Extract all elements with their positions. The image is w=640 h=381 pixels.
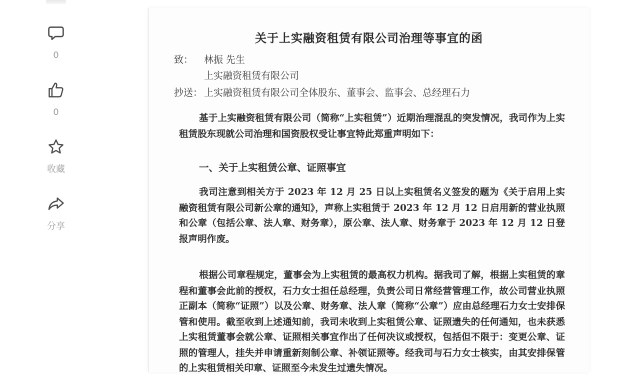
section-paragraph: 我司注意到相关方于 2023 年 12 月 25 日以上实租赁名义签发的题为《关… [179, 185, 565, 247]
comment-count: 0 [53, 51, 59, 61]
star-icon [47, 138, 65, 156]
section-paragraph: 根据公司章程规定，董事会为上实租赁的最高权力机构。据我司了解，根据上实租赁的章程… [179, 268, 565, 377]
document-title: 关于上实融资租赁有限公司治理等事宜的函 [149, 30, 589, 46]
section-paragraph-text: 根据公司章程规定，董事会为上实租赁的最高权力机构。据我司了解，根据上实租赁的章程… [179, 270, 565, 374]
share-button[interactable]: 分享 [47, 195, 65, 232]
comment-icon [47, 24, 65, 42]
document-scan: 关于上实融资租赁有限公司治理等事宜的函 致： 林振 先生 上实融资租赁有限公司 … [148, 8, 589, 372]
thumbs-up-icon [47, 81, 65, 99]
intro-paragraph: 基于上实融资租赁有限公司（简称“上实租赁”）近期治理混乱的突发情况，我司作为上实… [179, 111, 565, 142]
cut-off-action-label [46, 0, 66, 4]
recipient-name: 林振 先生 [204, 55, 245, 67]
share-label: 分享 [47, 222, 65, 232]
favorite-label: 收藏 [47, 165, 65, 175]
share-icon [47, 195, 65, 213]
favorite-button[interactable]: 收藏 [47, 138, 65, 175]
cc-label: 抄送： [174, 88, 203, 100]
comment-button[interactable]: 0 [47, 24, 65, 61]
cc-recipients: 上实融资租赁有限公司全体股东、董事会、监事会、总经理石力 [204, 88, 470, 100]
section-paragraph-text: 我司注意到相关方于 2023 年 12 月 25 日以上实租赁名义签发的题为《关… [179, 187, 565, 245]
action-bar: 0 0 收藏 分享 [28, 0, 84, 232]
article-page: 0 0 收藏 分享 关于上实融资租赁有限公司治理等事宜的函 致： 林振 先生 [0, 0, 640, 381]
like-count: 0 [53, 108, 59, 118]
intro-paragraph-text: 基于上实融资租赁有限公司（简称“上实租赁”）近期治理混乱的突发情况，我司作为上实… [179, 113, 565, 140]
like-button[interactable]: 0 [47, 81, 65, 118]
recipient-company: 上实融资租赁有限公司 [204, 71, 299, 83]
section-heading: 一、关于上实租赁公章、证照事宜 [199, 160, 346, 174]
recipient-label: 致： [174, 55, 193, 67]
